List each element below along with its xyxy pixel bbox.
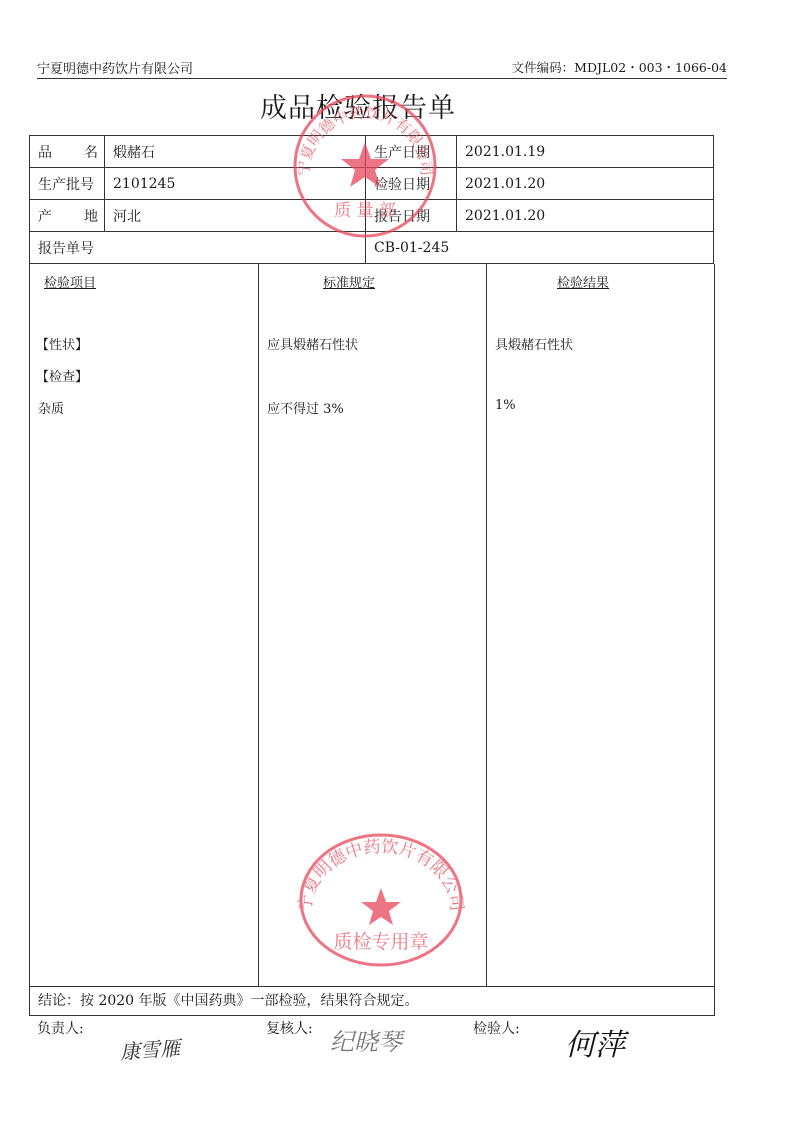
inspector-signature: 何萍 [565,1020,625,1064]
page-header: 宁夏明德中药饮片有限公司 文件编码：MDJL02・003・1066-04 [37,58,727,79]
reviewer-label: 复核人: [266,1018,313,1038]
origin-label: 产地 [30,200,105,232]
batch-value: 2101245 [105,168,366,200]
test-date-label: 检验日期 [366,168,457,200]
row-result: 1% [495,398,516,413]
inspector-label: 检验人: [473,1018,520,1038]
report-date-value: 2021.01.20 [457,200,714,232]
row-item: 【检查】 [36,366,88,385]
responsible-label: 负责人: [37,1018,84,1038]
responsible-signature: 康雪雁 [119,1032,181,1065]
row-result: 具煅赭石性状 [495,334,573,353]
column-standard: 标准规定 应具煅赭石性状 应不得过 3% [258,264,487,986]
page-title: 成品检验报告单 [0,86,716,125]
product-name-label: 品名 [30,136,105,168]
product-name-value: 煅赭石 [105,136,366,168]
conclusion: 结论：按 2020 年版《中国药典》一部检验，结果符合规定。 [29,986,715,1016]
production-date-label: 生产日期 [366,136,457,168]
batch-label: 生产批号 [30,168,105,200]
report-number-label: 报告单号 [30,232,366,264]
results-table: 检验项目 【性状】 【检查】 杂质 标准规定 应具煅赭石性状 应不得过 3% 检… [29,264,715,987]
column-result: 检验结果 具煅赭石性状 1% [486,264,715,986]
column-header-item: 检验项目 [44,272,96,291]
column-item: 检验项目 【性状】 【检查】 杂质 [30,264,258,986]
origin-value: 河北 [105,200,366,232]
test-date-value: 2021.01.20 [457,168,714,200]
info-table: 品名 煅赭石 生产日期 2021.01.19 生产批号 2101245 检验日期… [29,135,714,264]
report-date-label: 报告日期 [366,200,457,232]
reviewer-signature: 纪晓琴 [330,1022,402,1057]
column-header-standard: 标准规定 [323,272,375,291]
document-code: 文件编码：MDJL02・003・1066-04 [512,58,727,76]
row-item: 【性状】 [36,334,88,353]
row-item: 杂质 [38,398,64,417]
column-header-result: 检验结果 [557,272,609,291]
row-standard: 应具煅赭石性状 [267,334,358,353]
production-date-value: 2021.01.19 [457,136,714,168]
report-number-value: CB-01-245 [366,232,714,264]
company-name: 宁夏明德中药饮片有限公司 [37,58,193,77]
row-standard: 应不得过 3% [267,398,344,417]
